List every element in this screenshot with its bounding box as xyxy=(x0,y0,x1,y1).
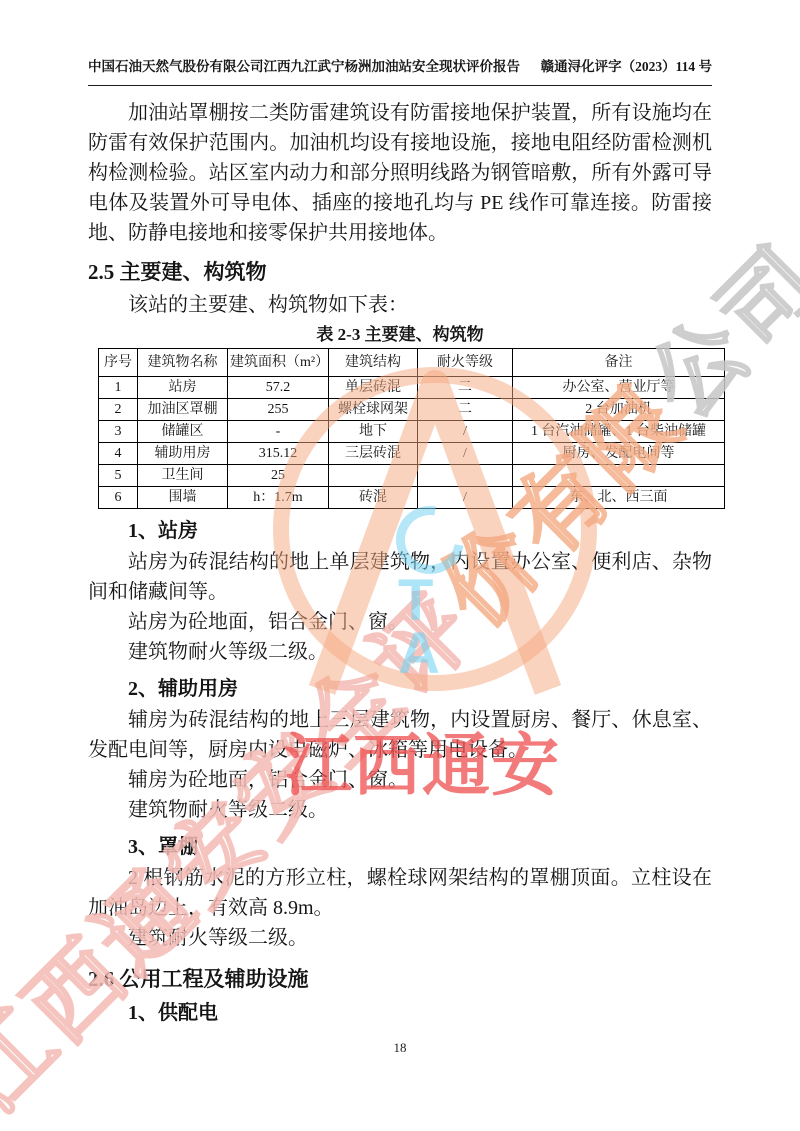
auxiliary-room-paragraph-1: 辅房为砖混结构的地上三层建筑物，内设置厨房、餐厅、休息室、发配电间等，厨房内设电… xyxy=(88,705,712,765)
header-document-number: 赣通浔化评字（2023）114 号 xyxy=(541,58,712,76)
cell-structure: 地下 xyxy=(329,421,418,443)
section-2-5-heading: 2.5 主要建、构筑物 xyxy=(88,254,712,290)
table-header-row: 序号 建筑物名称 建筑面积（m²） 建筑结构 耐火等级 备注 xyxy=(99,349,725,377)
cell-area: h：1.7m xyxy=(228,487,329,509)
cell-fire-rating: 二 xyxy=(418,399,513,421)
col-header-remark: 备注 xyxy=(513,349,725,377)
cell-building-name: 围墙 xyxy=(138,487,228,509)
cell-structure: 三层砖混 xyxy=(329,443,418,465)
cell-building-name: 储罐区 xyxy=(138,421,228,443)
report-page: 中国石油天然气股份有限公司江西九江武宁杨洲加油站安全现状评价报告 赣通浔化评字（… xyxy=(0,0,800,1131)
table-2-3-caption: 表 2-3 主要建、构筑物 xyxy=(88,322,712,348)
station-house-paragraph-1: 站房为砖混结构的地上单层建筑物，内设置办公室、便利店、杂物间和储藏间等。 xyxy=(88,547,712,607)
page-number: 18 xyxy=(0,1040,800,1056)
table-2-3-buildings: 序号 建筑物名称 建筑面积（m²） 建筑结构 耐火等级 备注 1 站房 57.2… xyxy=(98,348,725,509)
cell-structure: 单层砖混 xyxy=(329,377,418,399)
col-header-index: 序号 xyxy=(99,349,138,377)
auxiliary-room-paragraph-3: 建筑物耐火等级二级。 xyxy=(88,795,712,825)
cell-index: 5 xyxy=(99,465,138,487)
subsection-power-supply-heading: 1、供配电 xyxy=(88,997,712,1029)
cell-structure: 砖混 xyxy=(329,487,418,509)
cell-index: 3 xyxy=(99,421,138,443)
cell-fire-rating: 二 xyxy=(418,377,513,399)
cell-remark: 办公室、营业厅等 xyxy=(513,377,725,399)
cell-building-name: 辅助用房 xyxy=(138,443,228,465)
cell-fire-rating: / xyxy=(418,421,513,443)
spacer xyxy=(88,86,712,98)
table-row: 3 储罐区 - 地下 / 1 台汽油储罐、1 台柴油储罐 xyxy=(99,421,725,443)
col-header-fire-rating: 耐火等级 xyxy=(418,349,513,377)
cell-remark: 东、北、西三面 xyxy=(513,487,725,509)
cell-area: - xyxy=(228,421,329,443)
page-header: 中国石油天然气股份有限公司江西九江武宁杨洲加油站安全现状评价报告 赣通浔化评字（… xyxy=(88,58,712,86)
cell-building-name: 卫生间 xyxy=(138,465,228,487)
cell-structure: 螺栓球网架 xyxy=(329,399,418,421)
header-report-title: 中国石油天然气股份有限公司江西九江武宁杨洲加油站安全现状评价报告 xyxy=(88,58,520,76)
cell-area: 57.2 xyxy=(228,377,329,399)
cell-index: 2 xyxy=(99,399,138,421)
canopy-paragraph-1: 2 根钢筋水泥的方形立柱，螺栓球网架结构的罩棚顶面。立柱设在加油岛边上，有效高 … xyxy=(88,863,712,923)
cell-remark: 2 台加油机 xyxy=(513,399,725,421)
cell-index: 4 xyxy=(99,443,138,465)
cell-index: 6 xyxy=(99,487,138,509)
subsection-1-station-house-heading: 1、站房 xyxy=(88,515,712,547)
cell-remark: 厨房、发配电间等 xyxy=(513,443,725,465)
cell-building-name: 站房 xyxy=(138,377,228,399)
col-header-building-name: 建筑物名称 xyxy=(138,349,228,377)
cell-area: 315.12 xyxy=(228,443,329,465)
subsection-2-auxiliary-room-heading: 2、辅助用房 xyxy=(88,673,712,705)
page-content: 中国石油天然气股份有限公司江西九江武宁杨洲加油站安全现状评价报告 赣通浔化评字（… xyxy=(88,58,712,1029)
cell-area: 255 xyxy=(228,399,329,421)
cell-fire-rating: / xyxy=(418,443,513,465)
table-row: 5 卫生间 25 xyxy=(99,465,725,487)
cell-structure xyxy=(329,465,418,487)
cell-remark xyxy=(513,465,725,487)
cell-fire-rating xyxy=(418,465,513,487)
col-header-area: 建筑面积（m²） xyxy=(228,349,329,377)
section-2-6-heading: 2.6 公用工程及辅助设施 xyxy=(88,961,712,997)
cell-remark: 1 台汽油储罐、1 台柴油储罐 xyxy=(513,421,725,443)
table-row: 1 站房 57.2 单层砖混 二 办公室、营业厅等 xyxy=(99,377,725,399)
lightning-protection-paragraph: 加油站罩棚按二类防雷建筑设有防雷接地保护装置，所有设施均在防雷有效保护范围内。加… xyxy=(88,98,712,248)
station-house-paragraph-3: 建筑物耐火等级二级。 xyxy=(88,637,712,667)
auxiliary-room-paragraph-2: 辅房为砼地面，铝合金门、窗。 xyxy=(88,765,712,795)
cell-fire-rating: / xyxy=(418,487,513,509)
section-2-5-intro: 该站的主要建、构筑物如下表： xyxy=(88,290,712,320)
table-row: 4 辅助用房 315.12 三层砖混 / 厨房、发配电间等 xyxy=(99,443,725,465)
table-row: 2 加油区罩棚 255 螺栓球网架 二 2 台加油机 xyxy=(99,399,725,421)
subsection-3-canopy-heading: 3、罩棚 xyxy=(88,831,712,863)
cell-area: 25 xyxy=(228,465,329,487)
cell-building-name: 加油区罩棚 xyxy=(138,399,228,421)
station-house-paragraph-2: 站房为砼地面，铝合金门、窗。 xyxy=(88,607,712,637)
cell-index: 1 xyxy=(99,377,138,399)
table-row: 6 围墙 h：1.7m 砖混 / 东、北、西三面 xyxy=(99,487,725,509)
col-header-structure: 建筑结构 xyxy=(329,349,418,377)
canopy-paragraph-2: 建筑耐火等级二级。 xyxy=(88,923,712,953)
